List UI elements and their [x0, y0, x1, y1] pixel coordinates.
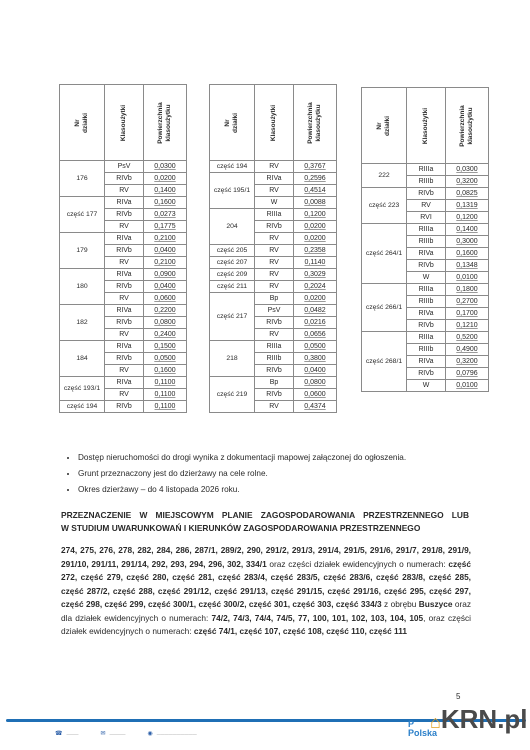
area-value: 0,1600 [446, 248, 489, 260]
land-class: RIVa [105, 377, 144, 389]
area-value: 0,0300 [446, 164, 489, 176]
land-class: RIIIa [407, 332, 446, 344]
area-value: 0,4374 [294, 401, 337, 413]
parcel-number: 218 [210, 341, 255, 377]
table-row: 218RIIIa0,0500 [210, 341, 337, 353]
footer-address: ◉—————————— [148, 730, 197, 737]
land-class: RIVb [105, 317, 144, 329]
info-bullets: Dostęp nieruchomości do drogi wynika z d… [60, 450, 498, 498]
parcel-number: 184 [60, 341, 105, 377]
area-value: 0,2100 [144, 257, 187, 269]
land-class: RIIIb [407, 344, 446, 356]
land-class: W [407, 380, 446, 392]
parcel-table-1: NrdziałkiKlasoużytkiPowierzchniaklasouży… [59, 84, 187, 413]
parcel-table-3: NrdziałkiKlasoużytkiPowierzchniaklasouży… [361, 87, 489, 392]
area-value: 0,0500 [294, 341, 337, 353]
land-class: Bp [255, 377, 294, 389]
area-value: 0,1400 [446, 224, 489, 236]
section-heading: PRZEZNACZENIE W MIEJSCOWYM PLANIE ZAGOSP… [61, 509, 469, 535]
land-class: RV [255, 329, 294, 341]
table-row: część 193/1RIVa0,1100 [60, 377, 187, 389]
area-value: 0,1210 [446, 320, 489, 332]
land-class: RV [255, 269, 294, 281]
area-value: 0,0400 [294, 365, 337, 377]
area-value: 0,0900 [144, 269, 187, 281]
area-value: 0,1775 [144, 221, 187, 233]
table-row: część 211RV0,2024 [210, 281, 337, 293]
area-value: 0,0273 [144, 209, 187, 221]
parcel-number: część 219 [210, 377, 255, 413]
parcel-number: część 195/1 [210, 173, 255, 209]
land-class: RV [407, 200, 446, 212]
land-class: RIVa [105, 197, 144, 209]
table-row: część 266/1RIIIa0,1800 [362, 284, 489, 296]
land-class: RIIIa [407, 284, 446, 296]
land-class: RIVb [255, 317, 294, 329]
land-class: RIIIb [407, 236, 446, 248]
area-value: 0,2596 [294, 173, 337, 185]
table-row: część 205RV0,2358 [210, 245, 337, 257]
area-value: 0,0100 [446, 380, 489, 392]
table-row: część 217Bp0,0200 [210, 293, 337, 305]
area-value: 0,3000 [446, 236, 489, 248]
table-row: część 223RIVb0,0825 [362, 188, 489, 200]
area-value: 0,2200 [144, 305, 187, 317]
parcel-number: część 223 [362, 188, 407, 224]
area-value: 0,0400 [144, 281, 187, 293]
parcel-number: część 211 [210, 281, 255, 293]
land-class: RIVa [255, 173, 294, 185]
area-value: 0,2024 [294, 281, 337, 293]
area-value: 0,0400 [144, 245, 187, 257]
parcel-number: część 177 [60, 197, 105, 233]
table-row: część 194RV0,3767 [210, 161, 337, 173]
table-row: 204RIIIa0,1200 [210, 209, 337, 221]
area-value: 0,1140 [294, 257, 337, 269]
table-row: 179RIVa0,2100 [60, 233, 187, 245]
land-class: RIVb [255, 365, 294, 377]
land-class: RIVa [105, 269, 144, 281]
table-row: 184RIVa0,1500 [60, 341, 187, 353]
watermark: ⌂KRN.pl [430, 704, 528, 735]
table-row: 182RIVa0,2200 [60, 305, 187, 317]
area-value: 0,0482 [294, 305, 337, 317]
area-value: 0,3800 [294, 353, 337, 365]
area-value: 0,2700 [446, 296, 489, 308]
house-icon: ⌂ [430, 712, 441, 732]
paragraph-text: z obrębu [382, 599, 419, 609]
column-header: Nrdziałki [210, 85, 255, 161]
land-class: RIVb [407, 368, 446, 380]
area-value: 0,0796 [446, 368, 489, 380]
land-class: RV [105, 185, 144, 197]
area-value: 0,0800 [294, 377, 337, 389]
area-value: 0,0500 [144, 353, 187, 365]
land-class: RIVb [105, 401, 144, 413]
area-value: 0,1348 [446, 260, 489, 272]
table-row: część 177RIVa0,1600 [60, 197, 187, 209]
area-value: 0,1319 [446, 200, 489, 212]
land-class: RV [255, 245, 294, 257]
area-value: 0,0216 [294, 317, 337, 329]
area-value: 0,1100 [144, 377, 187, 389]
land-class: RV [105, 257, 144, 269]
table-row: część 268/1RIIIa0,5200 [362, 332, 489, 344]
area-value: 0,1200 [294, 209, 337, 221]
footer-email: ✉———— [100, 730, 125, 737]
land-class: RV [255, 401, 294, 413]
area-value: 0,0200 [144, 173, 187, 185]
parcel-number: 204 [210, 209, 255, 245]
land-class: RIVb [255, 389, 294, 401]
land-class: RVI [407, 212, 446, 224]
area-value: 0,2358 [294, 245, 337, 257]
phone-icon: ☎ [55, 731, 62, 737]
paragraph-text: oraz części działek ewidencyjnych o nume… [267, 559, 449, 569]
parcel-number: 222 [362, 164, 407, 188]
table-row: część 195/1RIVa0,2596 [210, 173, 337, 185]
land-class: RIIIb [255, 353, 294, 365]
area-value: 0,0600 [294, 389, 337, 401]
table-row: część 264/1RIIIa0,1400 [362, 224, 489, 236]
bullet-lease-period: Okres dzierżawy – do 4 listopada 2026 ro… [78, 482, 498, 498]
area-value: 0,1400 [144, 185, 187, 197]
area-value: 0,0200 [294, 221, 337, 233]
parcel-numbers: część 74/1, część 107, część 108, część … [194, 626, 407, 636]
land-class: RV [255, 257, 294, 269]
area-value: 0,3767 [294, 161, 337, 173]
land-class: RIVb [407, 320, 446, 332]
table-row: część 194RIVb0,1100 [60, 401, 187, 413]
column-header: Nrdziałki [60, 85, 105, 161]
location-pin-icon: ◉ [148, 731, 153, 737]
land-class: RIVb [255, 221, 294, 233]
area-value: 0,1800 [446, 284, 489, 296]
land-class: RIIIb [407, 296, 446, 308]
table-row: 222RIIIa0,0300 [362, 164, 489, 176]
land-class: RIVb [105, 281, 144, 293]
land-class: RIIIb [407, 176, 446, 188]
area-value: 0,0300 [144, 161, 187, 173]
land-class: RV [255, 233, 294, 245]
area-value: 0,4514 [294, 185, 337, 197]
land-class: RIVa [407, 356, 446, 368]
area-value: 0,0656 [294, 329, 337, 341]
parcel-number: 176 [60, 161, 105, 197]
area-value: 0,2400 [144, 329, 187, 341]
area-value: 0,0088 [294, 197, 337, 209]
land-class: RIVa [105, 341, 144, 353]
area-value: 0,1600 [144, 197, 187, 209]
land-class: RV [105, 365, 144, 377]
table-row: część 207RV0,1140 [210, 257, 337, 269]
land-class: PsV [105, 161, 144, 173]
land-class: RIVa [105, 305, 144, 317]
table-row: część 219Bp0,0800 [210, 377, 337, 389]
parcel-number: część 207 [210, 257, 255, 269]
area-value: 0,1600 [144, 365, 187, 377]
bullet-access: Dostęp nieruchomości do drogi wynika z d… [78, 450, 498, 466]
column-header: Klasoużytki [407, 88, 446, 164]
bullet-purpose: Grunt przeznaczony jest do dzierżawy na … [78, 466, 498, 482]
parcel-number: część 217 [210, 293, 255, 341]
land-class: W [407, 272, 446, 284]
area-value: 0,3200 [446, 176, 489, 188]
area-value: 0,0200 [294, 293, 337, 305]
land-class: RIIIa [407, 164, 446, 176]
column-header: Klasoużytki [255, 85, 294, 161]
parcel-table-2: NrdziałkiKlasoużytkiPowierzchniaklasouży… [209, 84, 337, 413]
page-number: 5 [456, 692, 460, 701]
parcel-number: część 194 [210, 161, 255, 173]
area-value: 0,0825 [446, 188, 489, 200]
area-value: 0,2100 [144, 233, 187, 245]
table-row: część 209RV0,3029 [210, 269, 337, 281]
table-row: 180RIVa0,0900 [60, 269, 187, 281]
parcel-number: część 193/1 [60, 377, 105, 401]
area-value: 0,1200 [446, 212, 489, 224]
mail-icon: ✉ [100, 731, 105, 737]
land-class: RV [105, 329, 144, 341]
land-class: RIVa [407, 248, 446, 260]
parcel-number: 182 [60, 305, 105, 341]
land-class: RV [105, 293, 144, 305]
table-row: 176PsV0,0300 [60, 161, 187, 173]
area-value: 0,1500 [144, 341, 187, 353]
parcel-number: część 205 [210, 245, 255, 257]
area-value: 0,4900 [446, 344, 489, 356]
land-class: PsV [255, 305, 294, 317]
heading-line-1: PRZEZNACZENIE W MIEJSCOWYM PLANIE ZAGOSP… [61, 510, 469, 520]
footer-phone: ☎——— [55, 730, 78, 737]
land-class: RIVb [105, 245, 144, 257]
land-class: Bp [255, 293, 294, 305]
column-header: Nrdziałki [362, 88, 407, 164]
parcel-list-paragraph: 274, 275, 276, 278, 282, 284, 286, 287/1… [61, 544, 471, 639]
land-class: RIVb [105, 209, 144, 221]
area-value: 0,5200 [446, 332, 489, 344]
land-class: RV [255, 161, 294, 173]
land-class: RV [255, 281, 294, 293]
area-value: 0,3200 [446, 356, 489, 368]
area-value: 0,1100 [144, 389, 187, 401]
land-class: RIVa [407, 308, 446, 320]
parcel-number: część 266/1 [362, 284, 407, 332]
land-class: RIVb [105, 173, 144, 185]
area-value: 0,0200 [294, 233, 337, 245]
land-class: RV [105, 221, 144, 233]
area-value: 0,0100 [446, 272, 489, 284]
land-class: RIIIa [255, 209, 294, 221]
land-class: RV [255, 185, 294, 197]
parcel-number: 179 [60, 233, 105, 269]
area-value: 0,1100 [144, 401, 187, 413]
parcel-number: część 268/1 [362, 332, 407, 392]
column-header: Powierzchniaklasoużytku [294, 85, 337, 161]
footer-contacts: ☎——— ✉———— ◉—————————— [55, 730, 197, 737]
land-class: RIVb [407, 260, 446, 272]
land-class: RIIIa [407, 224, 446, 236]
parcel-number: część 264/1 [362, 224, 407, 284]
watermark-text: KRN.pl [441, 704, 528, 734]
heading-line-2: W STUDIUM UWARUNKOWAŃ I KIERUNKÓW ZAGOSP… [61, 522, 469, 535]
land-class: W [255, 197, 294, 209]
area-value: 0,0800 [144, 317, 187, 329]
land-class: RIVb [407, 188, 446, 200]
land-class: RV [105, 389, 144, 401]
parcel-number: 180 [60, 269, 105, 305]
parcel-numbers: Buszyce [419, 599, 453, 609]
area-value: 0,1700 [446, 308, 489, 320]
land-class: RIVa [105, 233, 144, 245]
area-value: 0,0600 [144, 293, 187, 305]
parcel-number: część 209 [210, 269, 255, 281]
parcel-numbers: 74/2, 74/3, 74/4, 74/5, 77, 100, 101, 10… [212, 613, 424, 623]
land-class: RIVb [105, 353, 144, 365]
land-class: RIIIa [255, 341, 294, 353]
column-header: Powierzchniaklasoużytku [446, 88, 489, 164]
column-header: Klasoużytki [105, 85, 144, 161]
column-header: Powierzchniaklasoużytku [144, 85, 187, 161]
parcel-number: część 194 [60, 401, 105, 413]
area-value: 0,3029 [294, 269, 337, 281]
